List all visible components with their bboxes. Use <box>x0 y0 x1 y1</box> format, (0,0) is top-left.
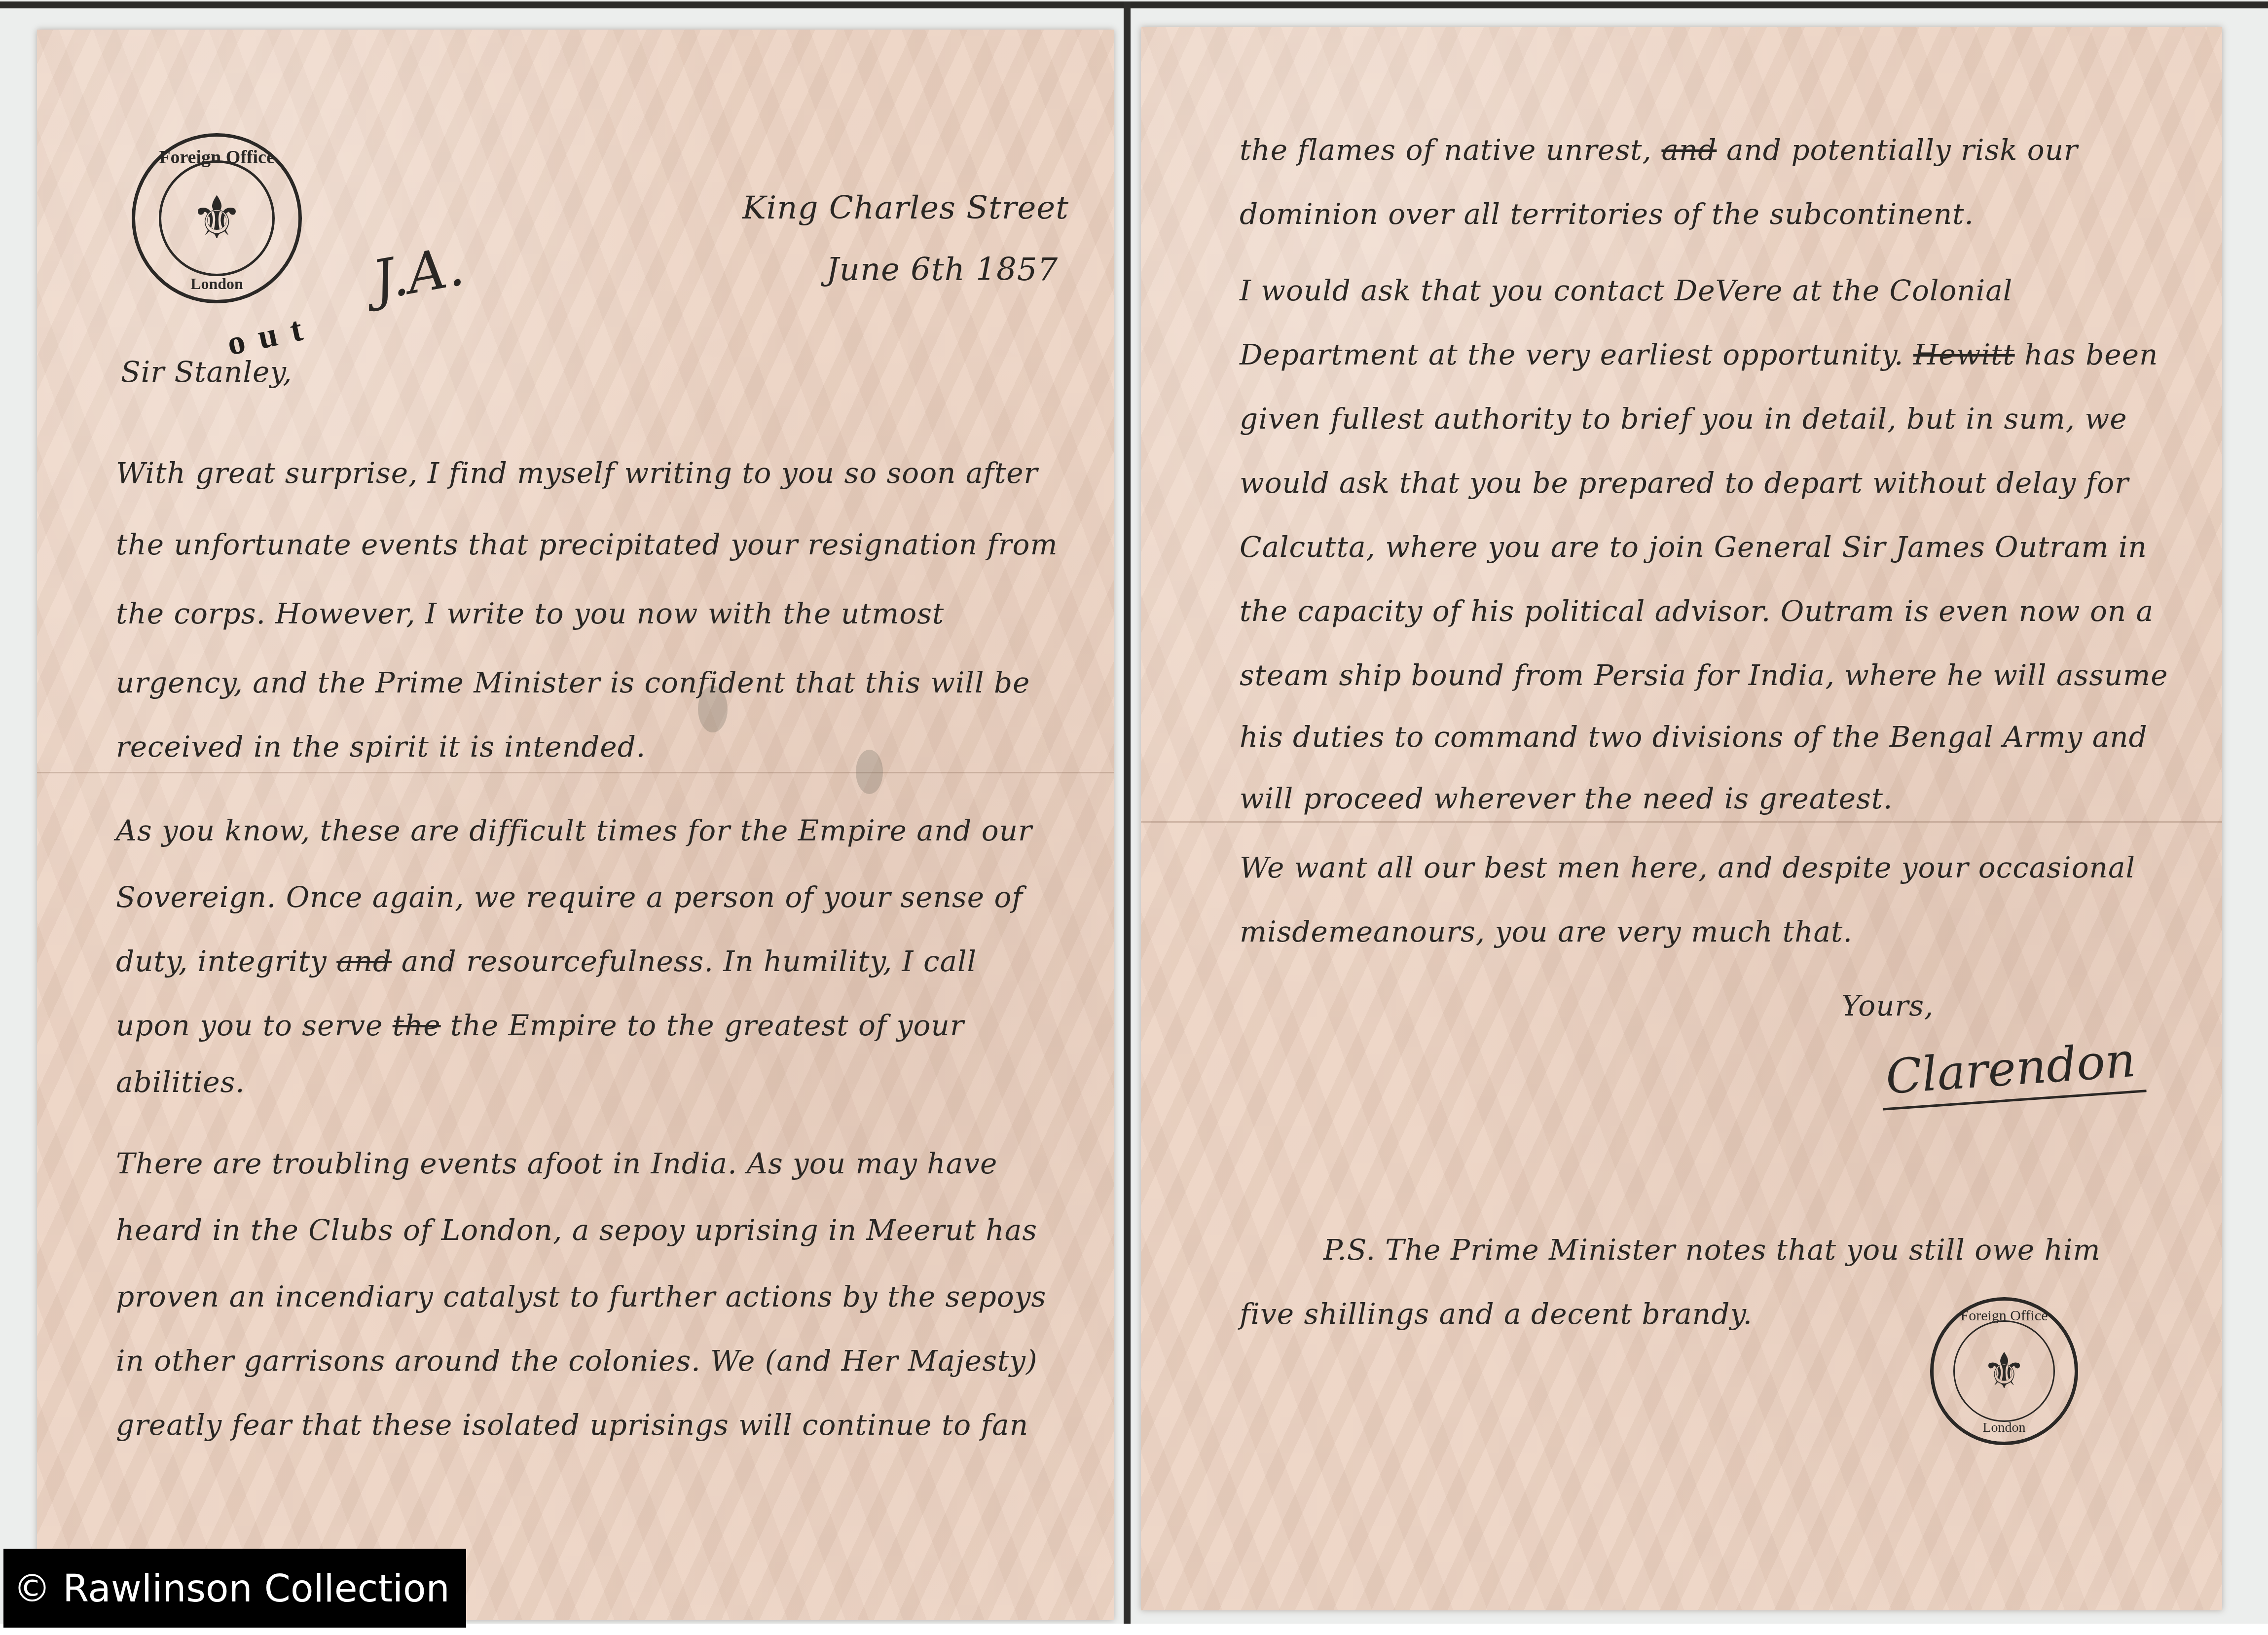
stamp-top-label: Foreign Office <box>135 146 298 168</box>
text-line: heard in the Clubs of London, a sepoy up… <box>116 1213 1037 1247</box>
signature: Clarendon <box>1879 1031 2146 1110</box>
text-line-with-correction: Department at the very earliest opportun… <box>1240 338 2158 371</box>
text-line: steam ship bound from Persia for India, … <box>1240 658 2168 692</box>
ink-stain <box>856 750 883 794</box>
text-line: Sovereign. Once again, we require a pers… <box>116 880 1023 914</box>
text-line: We want all our best men here, and despi… <box>1240 851 2135 884</box>
text-line: the capacity of his political advisor. O… <box>1240 594 2154 628</box>
page-divider <box>1124 1 1131 1624</box>
text-line: misdemeanours, you are very much that. <box>1240 915 1853 948</box>
text-line: urgency, and the Prime Minister is confi… <box>116 666 1030 699</box>
text-line: dominion over all territories of the sub… <box>1240 197 1974 231</box>
scan-top-border <box>0 1 2268 8</box>
royal-coat-of-arms-icon: ⚜ <box>1982 1346 2026 1396</box>
stamp-top-label: Foreign Office <box>1934 1308 2075 1324</box>
paper-fold-line <box>1141 821 2222 823</box>
sender-address: King Charles Street <box>742 190 1069 226</box>
text-line: proven an incendiary catalyst to further… <box>116 1280 1046 1313</box>
text-line: Calcutta, where you are to join General … <box>1240 530 2147 564</box>
letter-date: June 6th 1857 <box>826 252 1058 288</box>
text-line-with-correction: the flames of native unrest, and and pot… <box>1240 133 2078 167</box>
text-line: received in the spirit it is intended. <box>116 730 646 763</box>
text-line: greatly fear that these isolated uprisin… <box>116 1408 1028 1442</box>
text-line: in other garrisons around the colonies. … <box>116 1344 1038 1378</box>
postscript-line: P.S. The Prime Minister notes that you s… <box>1323 1233 2100 1267</box>
text-line: With great surprise, I find myself writi… <box>116 456 1038 490</box>
letter-page-2: the flames of native unrest, and and pot… <box>1141 27 2222 1610</box>
text-line: There are troubling events afoot in Indi… <box>116 1147 997 1180</box>
text-line: the corps. However, I write to you now w… <box>116 597 944 630</box>
royal-coat-of-arms-icon: ⚜ <box>190 189 244 248</box>
stamp-bottom-label: London <box>1934 1420 2075 1436</box>
text-line-with-correction: duty, integrity and and resourcefulness.… <box>116 945 977 978</box>
salutation: Sir Stanley, <box>121 355 293 389</box>
closing: Yours, <box>1841 989 1934 1022</box>
text-line: the unfortunate events that precipitated… <box>116 528 1058 561</box>
handwritten-initials: J.A. <box>367 234 468 312</box>
letter-page-1: ⚜ Foreign Office London out J.A. King Ch… <box>37 30 1114 1620</box>
text-line: As you know, these are difficult times f… <box>116 814 1032 847</box>
text-line-with-correction: upon you to serve the the Empire to the … <box>116 1009 964 1042</box>
text-line: will proceed wherever the need is greate… <box>1240 782 1893 815</box>
foreign-office-stamp: ⚜ Foreign Office London <box>1930 1297 2078 1445</box>
text-line: given fullest authority to brief you in … <box>1240 402 2127 436</box>
copyright-watermark: © Rawlinson Collection <box>3 1549 466 1628</box>
postscript-line: five shillings and a decent brandy. <box>1240 1297 1753 1331</box>
text-line: I would ask that you contact DeVere at t… <box>1240 274 2012 307</box>
text-line: his duties to command two divisions of t… <box>1240 720 2148 754</box>
text-line: abilities. <box>116 1065 245 1099</box>
foreign-office-stamp: ⚜ Foreign Office London <box>132 133 302 303</box>
stamp-bottom-label: London <box>135 275 298 293</box>
ink-stain <box>698 686 728 732</box>
paper-fold-line <box>37 772 1114 773</box>
text-line: would ask that you be prepared to depart… <box>1240 466 2129 500</box>
